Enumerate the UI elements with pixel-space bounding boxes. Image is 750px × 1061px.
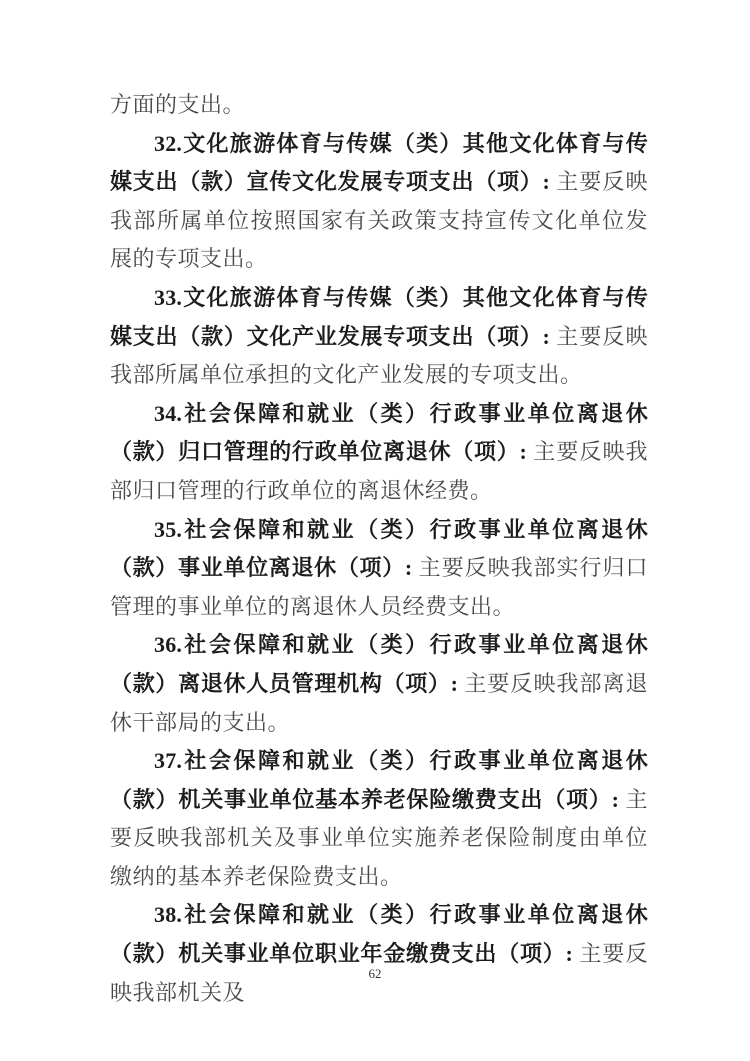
paragraph: 34.社会保障和就业（类）行政事业单位离退休（款）归口管理的行政单位离退休（项）…: [110, 395, 648, 511]
paragraph: 33.文化旅游体育与传媒（类）其他文化体育与传媒支出（款）文化产业发展专项支出（…: [110, 279, 648, 395]
paragraph: 35.社会保障和就业（类）行政事业单位离退休（款）事业单位离退休（项）: 主要反…: [110, 511, 648, 627]
paragraph-lead: 38.社会保障和就业（类）行政事业单位离退休（款）机关事业单位职业年金缴费支出（…: [110, 902, 648, 966]
paragraph: 32.文化旅游体育与传媒（类）其他文化体育与传媒支出（款）宣传文化发展专项支出（…: [110, 125, 648, 279]
paragraph: 方面的支出。: [110, 86, 648, 125]
paragraph-lead: 37.社会保障和就业（类）行政事业单位离退休（款）机关事业单位基本养老保险缴费支…: [110, 748, 648, 812]
page-number: 62: [0, 966, 750, 982]
document-page: 方面的支出。 32.文化旅游体育与传媒（类）其他文化体育与传媒支出（款）宣传文化…: [0, 0, 750, 1061]
paragraph-body: 方面的支出。: [110, 92, 245, 117]
paragraph: 36.社会保障和就业（类）行政事业单位离退休（款）离退休人员管理机构（项）: 主…: [110, 626, 648, 742]
document-body: 方面的支出。 32.文化旅游体育与传媒（类）其他文化体育与传媒支出（款）宣传文化…: [110, 86, 648, 1012]
paragraph: 38.社会保障和就业（类）行政事业单位离退休（款）机关事业单位职业年金缴费支出（…: [110, 896, 648, 1012]
paragraph: 37.社会保障和就业（类）行政事业单位离退休（款）机关事业单位基本养老保险缴费支…: [110, 742, 648, 896]
